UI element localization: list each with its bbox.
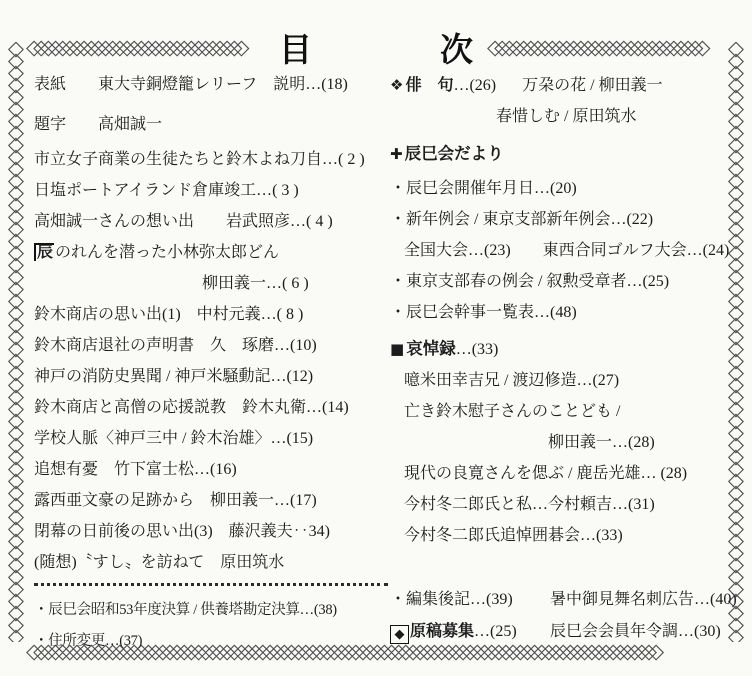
toc-entry-text: のれんを潜った小林弥太郎どん [55,244,279,261]
toc-entry-titlepiece: 題字 高畑誠一 [34,114,386,136]
toc-page: ◇◇◇◇◇◇◇◇◇◇◇◇◇◇◇◇◇◇◇◇◇◇◇◇◇◇◇◇◇◇ 目 次 ◇◇◇◇◇… [0,0,752,676]
toc-entry: 鈴木商店の思い出(1) 中村元義…( 8 ) [34,304,386,326]
toc-entry: 追想有憂 竹下富士松…(16) [34,459,386,481]
submission-page: …(25) [474,623,517,640]
toc-entry-member-ages: 辰巳会会員年令調…(30) [550,621,721,644]
toc-entry: 市立女子商業の生徒たちと鈴木よね刀自…( 2 ) [34,149,386,171]
toc-entry-haiku: ❖俳 句…(26)万朶の花 / 柳田義一 [390,74,738,97]
left-column: 表紙 東大寺銅燈籠レリーフ 説明…(18) 題字 高畑誠一 市立女子商業の生徒た… [34,74,386,661]
toc-entry: 亡き鈴木慰子さんのことども / [390,401,738,423]
toc-entry: 神戸の消防史異聞 / 神戸米騒動記…(12) [34,366,386,388]
page-title: 目 次 [279,24,473,71]
toc-entry-noren: 辰のれんを潜った小林弥太郎どん [34,242,386,264]
toc-entry: 学校人脈〈神戸三中 / 鈴木治雄〉…(15) [34,428,386,450]
title-char-moku: 目 [279,24,312,71]
toc-entry-author: 柳田義一…(28) [390,432,738,454]
left-footer: ・辰巳会昭和53年度決算 / 供養塔勘定決算…(38) ・住所変更…(37) [34,583,386,652]
toc-entry: ・新年例会 / 東京支部新年例会…(22) [390,209,738,231]
toc-entry-cover: 表紙 東大寺銅燈籠レリーフ 説明…(18) [34,74,386,96]
toc-entry: 閉幕の日前後の思い出(3) 藤沢義夫‥34) [34,521,386,543]
diamond-chain-left: ◇ ◇ ◇ ◇ ◇ ◇ ◇ ◇ ◇ ◇ ◇ ◇ ◇ ◇ ◇ ◇ ◇ ◇ ◇ ◇ … [2,42,30,642]
footer-row-1: ・編集後記…(39) 暑中御見舞名刺広告…(40) [390,589,738,611]
right-footer: ・編集後記…(39) 暑中御見舞名刺広告…(40) ◆原稿募集…(25) 辰巳会… [390,589,738,644]
memorial-items: 噫米田幸吉兄 / 渡辺修造…(27) 亡き鈴木慰子さんのことども / 柳田義一…… [390,370,738,547]
toc-entry: 露西亜文豪の足跡から 柳田義一…(17) [34,490,386,512]
tatsumi-items: ・辰巳会開催年月日…(20) ・新年例会 / 東京支部新年例会…(22) 全国大… [390,178,738,324]
diamond-chain-top-right: ◇◇◇◇◇◇◇◇◇◇◇◇◇◇◇◇◇◇◇◇◇◇◇◇◇◇◇◇◇◇ [487,36,726,60]
haiku-entry-2: 春惜しむ / 原田筑水 [390,106,738,128]
toc-entry-ads: 暑中御見舞名刺広告…(40) [550,589,737,611]
toc-entry: 全国大会…(23) 東西合同ゴルフ大会…(24) [390,240,738,262]
haiku-title: 俳 句 [405,77,453,94]
diamond-chain-top-left: ◇◇◇◇◇◇◇◇◇◇◇◇◇◇◇◇◇◇◇◇◇◇◇◇◇◇◇◇◇◇ [26,36,265,60]
diamond-in-square-icon: ◆ [390,625,409,644]
tatsumi-section-heading: ✚辰巳会だより [390,143,738,166]
dotted-separator [34,583,388,586]
haiku-page: …(26) [453,77,496,94]
toc-entry: (随想)〝すし〟を訪ねて 原田筑水 [34,552,386,574]
toc-entry-accounts: ・辰巳会昭和53年度決算 / 供養塔勘定決算…(38) [34,599,386,621]
noren-store-mark-icon: 辰 [34,243,54,261]
toc-entry-author: 柳田義一…( 6 ) [34,273,386,295]
haiku-entry-1: 万朶の花 / 柳田義一 [522,77,662,94]
top-border: ◇◇◇◇◇◇◇◇◇◇◇◇◇◇◇◇◇◇◇◇◇◇◇◇◇◇◇◇◇◇ 目 次 ◇◇◇◇◇… [26,24,726,71]
toc-entry: ・辰巳会幹事一覧表…(48) [390,302,738,324]
submission-title: 原稿募集 [410,623,474,640]
toc-entry: 今村冬二郎氏と私…今村頼吉…(31) [390,494,738,516]
title-char-ji: 次 [440,24,473,71]
toc-entry: ・東京支部春の例会 / 叙勲受章者…(25) [390,271,738,293]
toc-entry: 鈴木商店と高僧の応援説教 鈴木丸衛…(14) [34,397,386,419]
memorial-section-heading: ■哀悼録…(33) [390,338,738,361]
memorial-heading-text: 哀悼録 [406,340,456,358]
toc-entry-submission: ◆原稿募集…(25) [390,621,550,644]
footer-row-2: ◆原稿募集…(25) 辰巳会会員年令調…(30) [390,621,738,644]
toc-entry: 今村冬二郎氏追悼囲碁会…(33) [390,525,738,547]
black-square-icon: ■ [390,338,404,360]
toc-entry: 日塩ポートアイランド倉庫竣工…( 3 ) [34,180,386,202]
toc-entry: 高畑誠一さんの想い出 岩武照彦…( 4 ) [34,211,386,233]
toc-entry: ・辰巳会開催年月日…(20) [390,178,738,200]
diamond-cross-icon: ❖ [390,74,403,96]
toc-entry: 現代の良寛さんを偲ぶ / 鹿岳光雄… (28) [390,463,738,485]
right-column: ❖俳 句…(26)万朶の花 / 柳田義一 春惜しむ / 原田筑水 ✚辰巳会だより… [390,74,738,654]
toc-entry: 鈴木商店退社の声明書 久 琢磨…(10) [34,335,386,357]
cross-arrows-icon: ✚ [390,143,403,165]
toc-entry-address-changes: ・住所変更…(37) [34,630,386,652]
tatsumi-heading-text: 辰巳会だより [405,145,504,163]
toc-entry-postscript: ・編集後記…(39) [390,589,550,611]
memorial-page: …(33) [456,341,499,358]
toc-entry: 噫米田幸吉兄 / 渡辺修造…(27) [390,370,738,392]
